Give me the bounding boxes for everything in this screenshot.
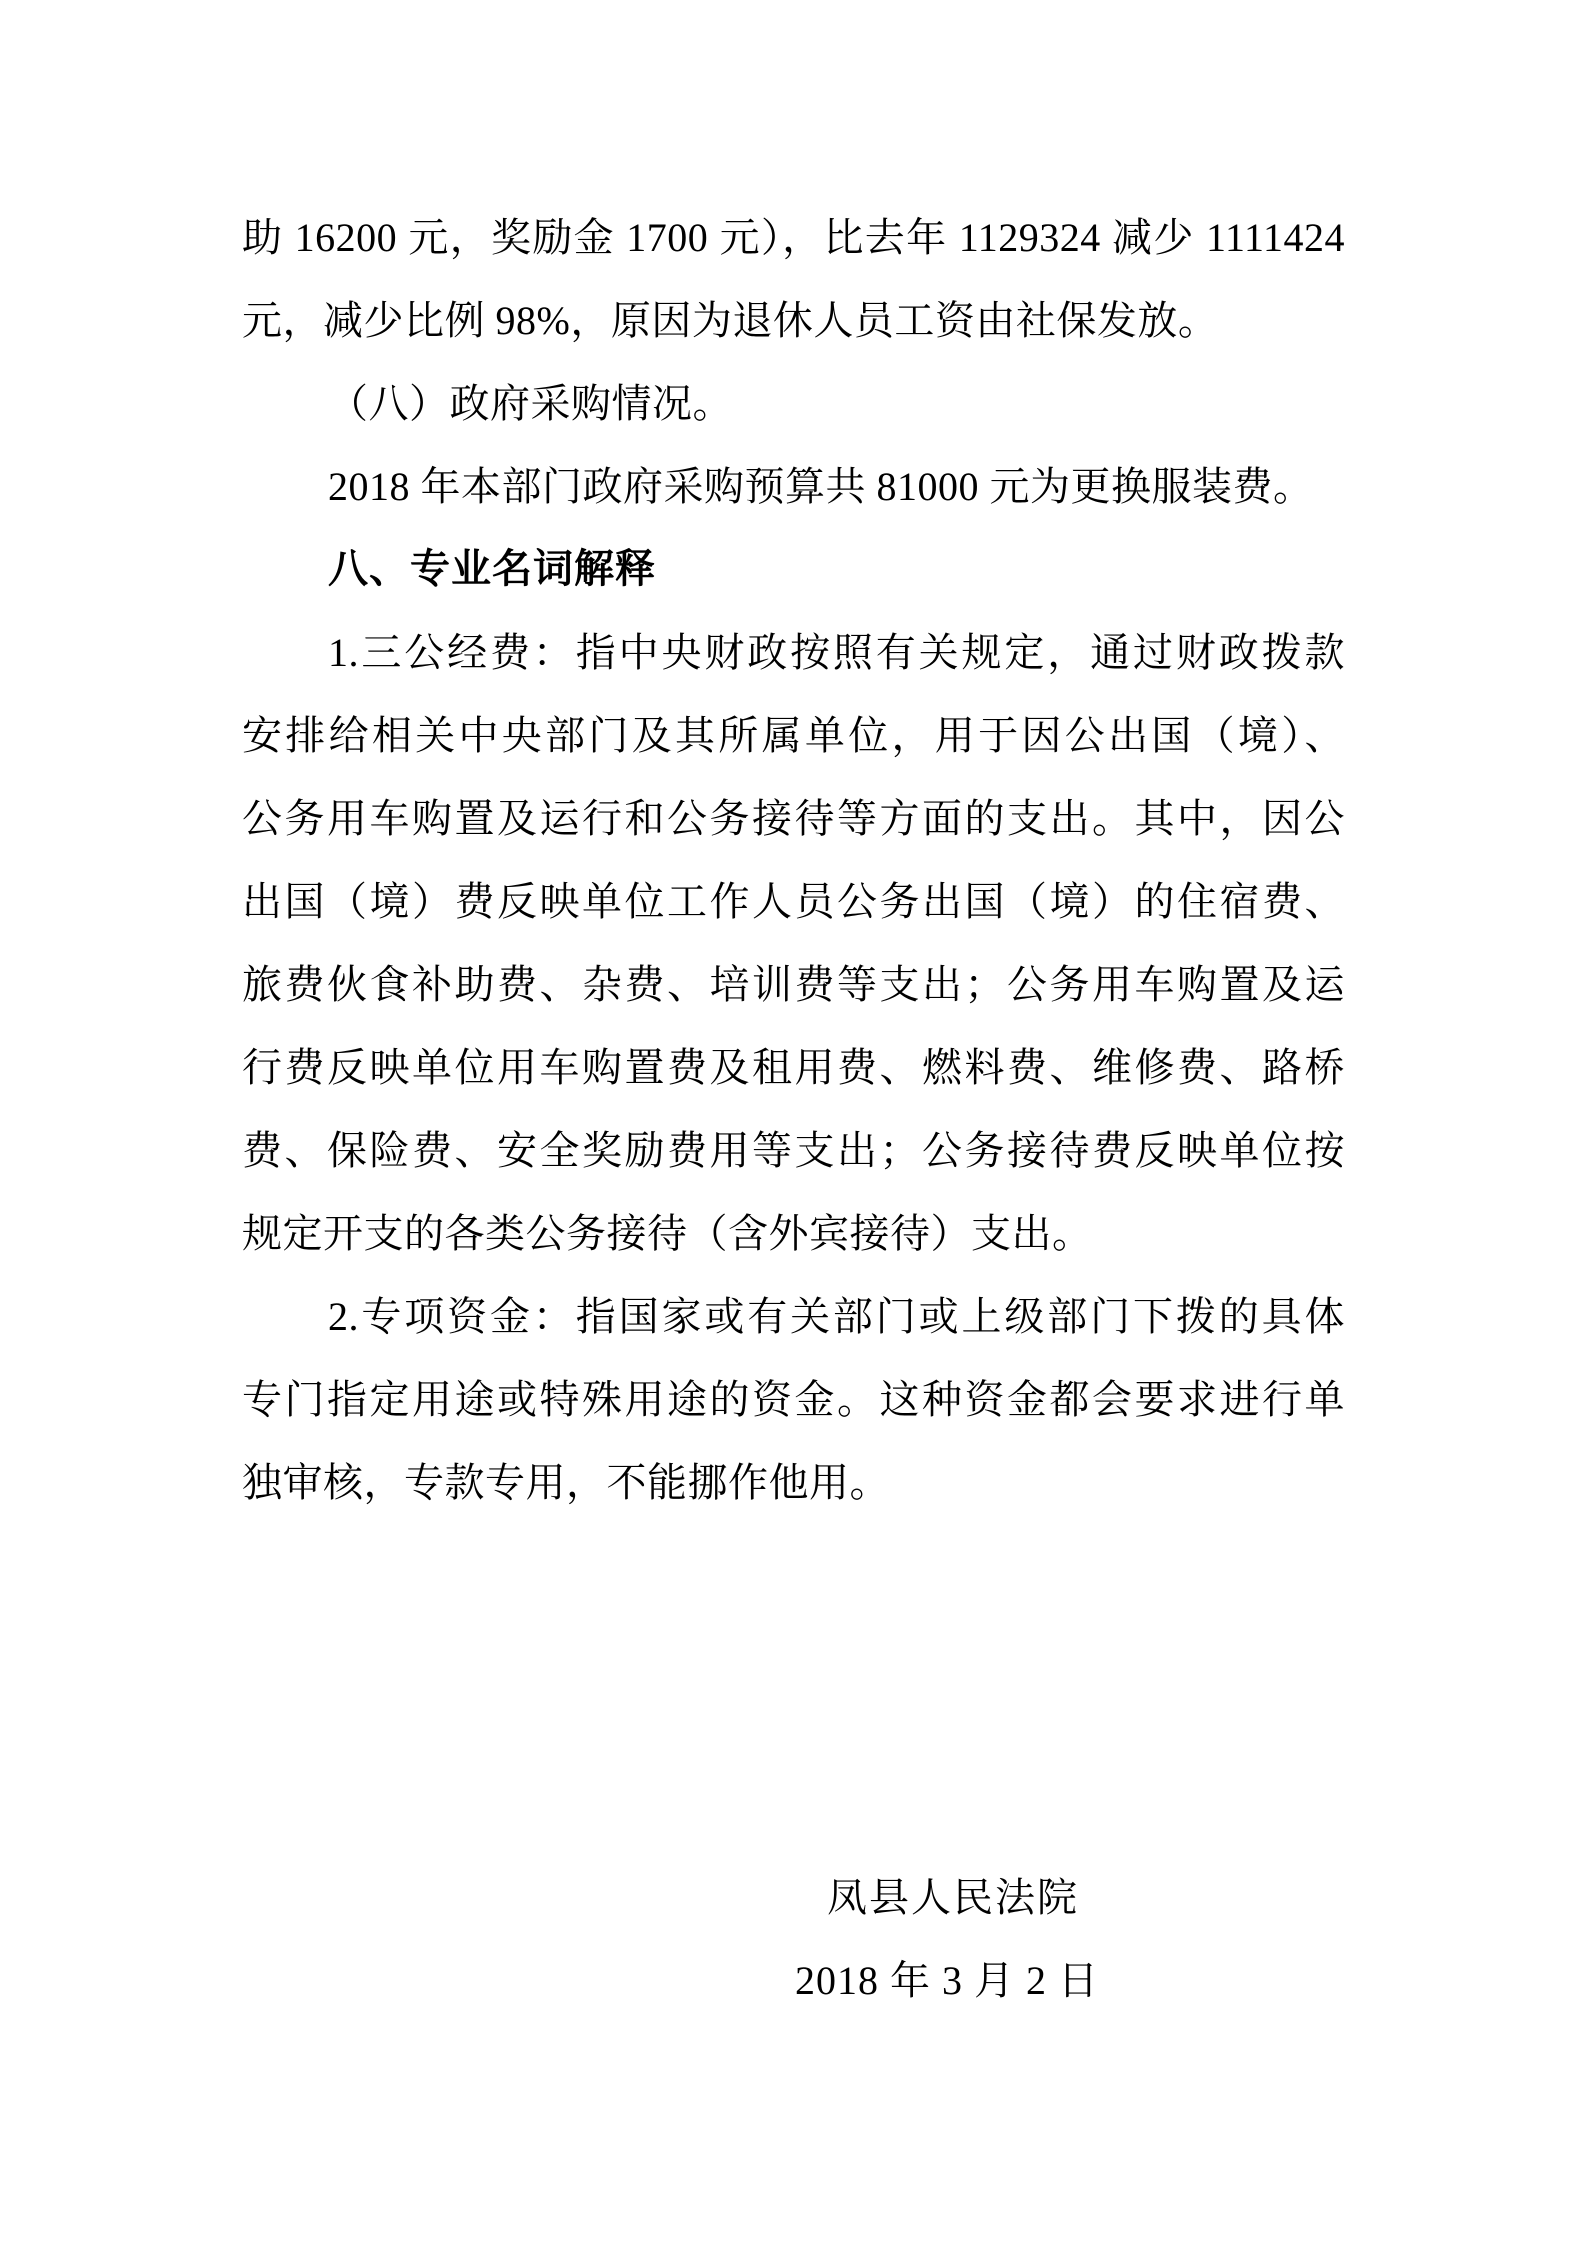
signature-block: 凤县人民法院 2018 年 3 月 2 日: [242, 1856, 1345, 2022]
document-line: （八）政府采购情况。: [242, 362, 1345, 445]
document-line: 元，减少比例 98%，原因为退休人员工资由社保发放。: [242, 279, 1345, 362]
document-line: 规定开支的各类公务接待（含外宾接待）支出。: [242, 1192, 1345, 1275]
document-line: 独审核，专款专用，不能挪作他用。: [242, 1441, 1345, 1524]
document-page: 助 16200 元，奖励金 1700 元），比去年 1129324 减少 111…: [0, 0, 1587, 2245]
document-line: 出国（境）费反映单位工作人员公务出国（境）的住宿费、: [242, 860, 1345, 943]
document-line: 费、保险费、安全奖励费用等支出；公务接待费反映单位按: [242, 1109, 1345, 1192]
document-line: 八、专业名词解释: [242, 528, 1345, 611]
document-body: 助 16200 元，奖励金 1700 元），比去年 1129324 减少 111…: [242, 196, 1345, 1524]
document-line: 2018 年本部门政府采购预算共 81000 元为更换服装费。: [242, 445, 1345, 528]
document-line: 行费反映单位用车购置费及租用费、燃料费、维修费、路桥: [242, 1026, 1345, 1109]
document-line: 安排给相关中央部门及其所属单位，用于因公出国（境）、: [242, 694, 1345, 777]
signature-org: 凤县人民法院: [242, 1856, 1345, 1939]
document-line: 2.专项资金：指国家或有关部门或上级部门下拨的具体: [242, 1275, 1345, 1358]
document-line: 公务用车购置及运行和公务接待等方面的支出。其中，因公: [242, 777, 1345, 860]
signature-date: 2018 年 3 月 2 日: [242, 1939, 1345, 2022]
document-line: 旅费伙食补助费、杂费、培训费等支出；公务用车购置及运: [242, 943, 1345, 1026]
document-line: 助 16200 元，奖励金 1700 元），比去年 1129324 减少 111…: [242, 196, 1345, 279]
document-line: 1.三公经费：指中央财政按照有关规定，通过财政拨款: [242, 611, 1345, 694]
document-line: 专门指定用途或特殊用途的资金。这种资金都会要求进行单: [242, 1358, 1345, 1441]
